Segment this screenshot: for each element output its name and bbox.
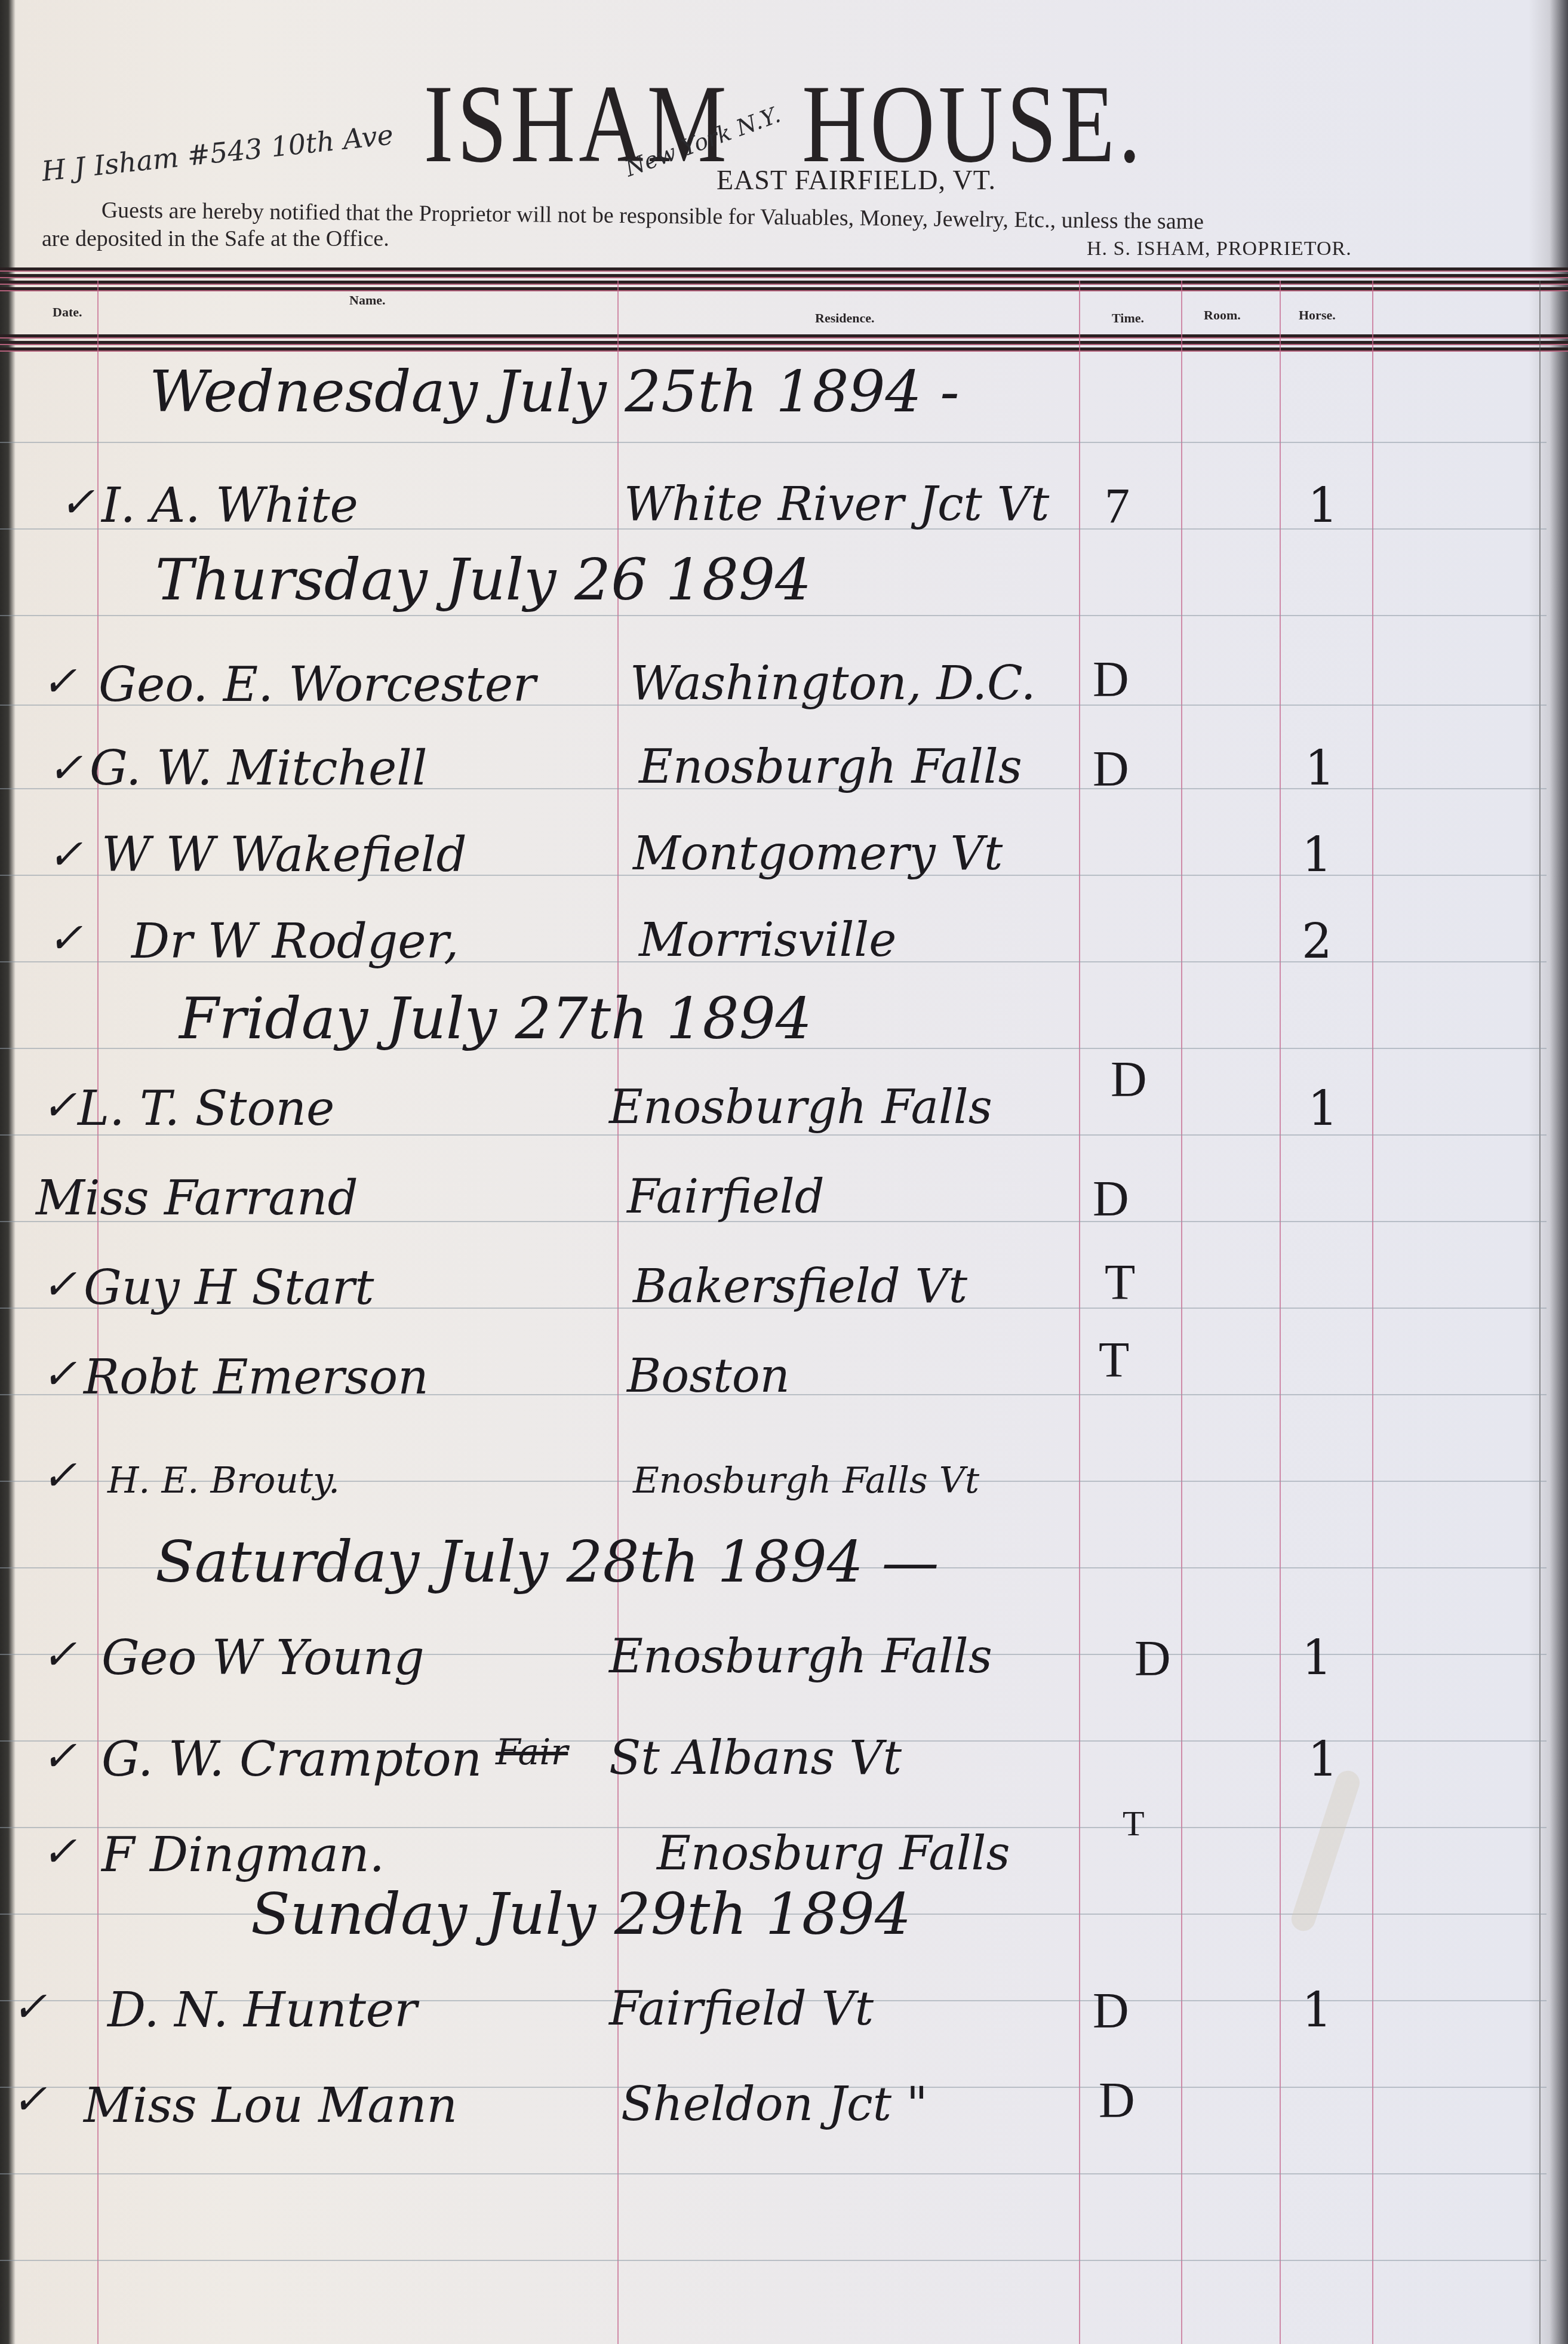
guest-time: D	[1135, 1630, 1171, 1688]
guest-time: D	[1093, 1170, 1129, 1228]
guest-time: D	[1099, 2072, 1135, 2130]
guest-horse: 1	[1308, 478, 1338, 533]
guest-horse: 1	[1302, 1630, 1332, 1685]
column-divider-room	[1280, 281, 1281, 2344]
notice-line-2: are deposited in the Safe at the Office.	[42, 226, 389, 252]
page-right-edge	[1539, 281, 1541, 2344]
guest-name: I. A. White	[102, 478, 358, 533]
guest-residence: Fairfield	[627, 1170, 825, 1224]
column-header-horse: Horse.	[1299, 307, 1336, 323]
checkmark: ✓	[42, 1451, 77, 1500]
day-heading-thursday: Thursday July 26 1894	[155, 546, 811, 613]
hotel-location: EAST FAIRFIELD, VT.	[717, 164, 996, 196]
guest-name: Miss Lou Mann	[84, 2078, 457, 2133]
guest-residence: Bakersfield Vt	[633, 1260, 967, 1313]
ruled-line	[0, 2173, 1547, 2174]
guest-time: T	[1099, 1331, 1129, 1389]
ruled-line	[0, 442, 1547, 443]
guest-time: T	[1105, 1254, 1135, 1312]
guest-name: Geo. E. Worcester	[99, 657, 536, 712]
guest-name: G. W. Crampton	[102, 1731, 482, 1787]
checkmark: ✓	[42, 1081, 77, 1130]
guest-residence: Enosburgh Falls	[609, 1081, 992, 1134]
guest-time: D	[1093, 651, 1129, 709]
checkmark: ✓	[12, 2075, 47, 2124]
guest-time: D	[1093, 740, 1129, 798]
guest-residence: Morrisville	[639, 913, 896, 967]
day-heading-friday: Friday July 27th 1894	[179, 985, 812, 1052]
checkmark: ✓	[42, 1260, 77, 1309]
checkmark: ✓	[12, 1982, 47, 2031]
guest-horse: 1	[1302, 827, 1332, 882]
checkmark: ✓	[42, 1349, 77, 1398]
checkmark: ✓	[60, 478, 95, 527]
header-bottom-rule	[0, 334, 1568, 354]
guest-name: G. W. Mitchell	[90, 740, 428, 796]
guest-name: Miss Farrand	[36, 1170, 358, 1226]
checkmark: ✓	[42, 657, 77, 706]
guest-residence: Enosburg Falls	[657, 1827, 1010, 1881]
guest-residence: White River Jct Vt	[624, 478, 1049, 531]
day-heading-wednesday: Wednesday July 25th 1894 -	[149, 358, 960, 425]
guest-horse: 1	[1305, 740, 1335, 796]
column-header-name: Name.	[349, 293, 385, 308]
day-heading-saturday: Saturday July 28th 1894 —	[155, 1528, 939, 1595]
top-rule-band	[0, 267, 1568, 294]
guest-residence: St Albans Vt	[609, 1731, 902, 1785]
guest-time: D	[1111, 1051, 1147, 1109]
guest-horse: 2	[1302, 913, 1332, 969]
guest-residence: Montgomery Vt	[633, 827, 1003, 881]
column-header-residence: Residence.	[815, 310, 875, 326]
checkmark: ✓	[48, 830, 83, 879]
guest-horse: 1	[1308, 1081, 1338, 1136]
column-header-room: Room.	[1204, 307, 1241, 323]
guest-residence: Enosburgh Falls	[639, 740, 1022, 794]
guest-name: L. T. Stone	[78, 1081, 334, 1136]
guest-name: Geo W Young	[102, 1630, 425, 1685]
checkmark: ✓	[48, 913, 83, 962]
proprietor-name: H. S. ISHAM, PROPRIETOR.	[1087, 238, 1352, 260]
column-divider-residence	[1079, 281, 1080, 2344]
column-header-date: Date.	[53, 304, 82, 320]
checkmark: ✓	[48, 743, 83, 792]
guest-name: D. N. Hunter	[107, 1982, 417, 2038]
ruled-line	[0, 615, 1547, 616]
guest-residence: Boston	[627, 1349, 790, 1403]
column-divider-time	[1181, 281, 1182, 2344]
guest-residence: Sheldon Jct "	[621, 2078, 928, 2131]
guest-name: H. E. Brouty.	[107, 1460, 340, 1502]
guest-name: F Dingman.	[102, 1827, 385, 1882]
guest-residence: Enosburgh Falls Vt	[633, 1460, 979, 1502]
guest-horse: 1	[1302, 1982, 1332, 2038]
column-divider-horse	[1372, 281, 1373, 2344]
guest-horse: 1	[1308, 1731, 1338, 1787]
guest-name: Guy H Start	[84, 1260, 374, 1315]
guest-time: T	[1123, 1803, 1145, 1844]
guest-name: Robt Emerson	[84, 1349, 429, 1405]
guest-time: 7	[1105, 478, 1130, 536]
guest-time: D	[1093, 1982, 1129, 2040]
guest-residence: Washington, D.C.	[630, 657, 1036, 710]
day-heading-sunday: Sunday July 29th 1894	[251, 1881, 911, 1948]
struck-residence-text: Fair	[496, 1731, 568, 1773]
checkmark: ✓	[42, 1827, 77, 1876]
guest-residence: Enosburgh Falls	[609, 1630, 992, 1684]
checkmark: ✓	[42, 1731, 77, 1780]
guest-name: Dr W Rodger,	[131, 913, 459, 969]
guest-name: W W Wakefield	[102, 827, 467, 882]
ruled-line	[0, 2260, 1547, 2261]
checkmark: ✓	[42, 1630, 77, 1679]
title-word-1: ISHAM	[424, 60, 730, 188]
guest-residence: Fairfield Vt	[609, 1982, 874, 2036]
column-header-time: Time.	[1112, 310, 1144, 326]
